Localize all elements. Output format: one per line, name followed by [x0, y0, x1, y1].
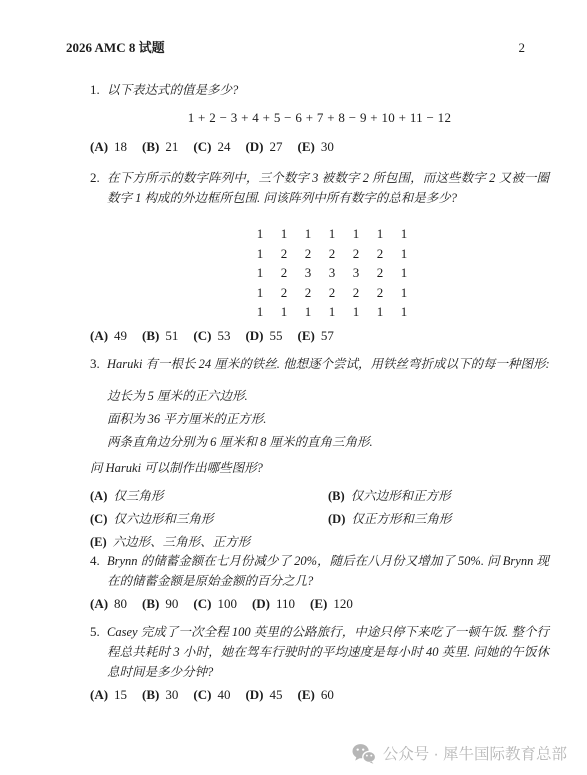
option-a: (A)18: [90, 139, 127, 155]
grid-cell: 2: [272, 283, 296, 303]
grid-cell: 2: [320, 244, 344, 264]
page-header: 2026 AMC 8 试题 2: [66, 37, 525, 56]
options-row: (A)仅三角形 (B)仅六边形和正方形: [90, 485, 549, 508]
grid-cell: 1: [272, 224, 296, 244]
grid-cell: 1: [248, 283, 272, 303]
grid-cell: 1: [248, 244, 272, 264]
question-text: Casey 完成了一次全程 100 英里的公路旅行，中途只停下来吃了一顿午饭. …: [107, 622, 549, 682]
grid-row: 1222221: [248, 283, 549, 303]
grid-cell: 2: [344, 244, 368, 264]
option-c: (C)53: [193, 328, 230, 344]
watermark-text: 公众号 · 犀牛国际教育总部: [383, 742, 567, 764]
sub-item: 两条直角边分别为 6 厘米和 8 厘米的直角三角形.: [107, 431, 549, 454]
option-a: (A)仅三角形: [90, 485, 328, 508]
grid-cell: 2: [296, 244, 320, 264]
grid-cell: 1: [368, 302, 392, 322]
grid-cell: 1: [272, 302, 296, 322]
question-number: 1.: [90, 80, 100, 100]
question-5: 5. Casey 完成了一次全程 100 英里的公路旅行，中途只停下来吃了一顿午…: [90, 622, 549, 703]
option-c: (C)24: [193, 139, 230, 155]
sub-item: 面积为 36 平方厘米的正方形.: [107, 408, 549, 431]
option-b: (B)30: [142, 687, 178, 703]
grid-row: 1233321: [248, 263, 549, 283]
option-d: (D)110: [252, 596, 295, 612]
option-b: (B)51: [142, 328, 178, 344]
question-number: 4.: [90, 551, 100, 571]
grid-cell: 1: [368, 224, 392, 244]
option-c: (C)40: [193, 687, 230, 703]
option-b: (B)仅六边形和正方形: [328, 485, 451, 508]
option-e: (E)120: [310, 596, 353, 612]
grid-cell: 2: [368, 283, 392, 303]
option-e: (E)60: [297, 687, 333, 703]
grid-cell: 1: [248, 263, 272, 283]
option-b: (B)90: [142, 596, 178, 612]
option-d: (D)27: [245, 139, 282, 155]
page-title: 2026 AMC 8 试题: [66, 37, 165, 56]
grid-cell: 1: [392, 244, 416, 264]
option-c: (C)100: [193, 596, 237, 612]
grid-cell: 1: [296, 302, 320, 322]
grid-cell: 2: [368, 263, 392, 283]
grid-row: 1111111: [248, 302, 549, 322]
grid-cell: 1: [392, 302, 416, 322]
question-text: 在下方所示的数字阵列中，三个数字 3 被数字 2 所包围，而这些数字 2 又被一…: [107, 168, 549, 208]
grid-cell: 1: [392, 263, 416, 283]
grid-cell: 3: [344, 263, 368, 283]
options-row: (C)仅六边形和三角形 (D)仅正方形和三角形: [90, 508, 549, 531]
option-b: (B)21: [142, 139, 178, 155]
option-a: (A)49: [90, 328, 127, 344]
grid-cell: 2: [296, 283, 320, 303]
grid-cell: 2: [272, 263, 296, 283]
grid-cell: 1: [248, 224, 272, 244]
option-e: (E)30: [297, 139, 333, 155]
grid-cell: 1: [320, 224, 344, 244]
question-number: 3.: [90, 354, 100, 374]
page-number: 2: [519, 40, 526, 56]
grid-cell: 3: [320, 263, 344, 283]
option-a: (A)80: [90, 596, 127, 612]
question-1: 1. 以下表达式的值是多少? 1 + 2 − 3 + 4 + 5 − 6 + 7…: [90, 80, 549, 155]
question-number: 5.: [90, 622, 100, 642]
options-row: (A)80 (B)90 (C)100 (D)110 (E)120: [90, 596, 549, 612]
options-row: (A)18 (B)21 (C)24 (D)27 (E)30: [90, 139, 549, 155]
option-c: (C)仅六边形和三角形: [90, 508, 328, 531]
sub-item: 边长为 5 厘米的正六边形.: [107, 385, 549, 408]
question-text: Brynn 的储蓄金额在七月份减少了 20%，随后在八月份又增加了 50%. 问…: [107, 551, 549, 591]
math-expression: 1 + 2 − 3 + 4 + 5 − 6 + 7 + 8 − 9 + 10 +…: [90, 110, 549, 126]
grid-row: 1222221: [248, 244, 549, 264]
options-row: (A)49 (B)51 (C)53 (D)55 (E)57: [90, 328, 549, 344]
question-number: 2.: [90, 168, 100, 188]
option-d: (D)45: [245, 687, 282, 703]
grid-cell: 1: [392, 283, 416, 303]
grid-cell: 1: [344, 302, 368, 322]
question-2: 2. 在下方所示的数字阵列中，三个数字 3 被数字 2 所包围，而这些数字 2 …: [90, 168, 549, 344]
option-d: (D)55: [245, 328, 282, 344]
option-d: (D)仅正方形和三角形: [328, 508, 451, 531]
question-4: 4. Brynn 的储蓄金额在七月份减少了 20%，随后在八月份又增加了 50%…: [90, 551, 549, 612]
watermark: 公众号 · 犀牛国际教育总部: [352, 742, 567, 764]
question-text: 以下表达式的值是多少?: [107, 80, 549, 100]
grid-cell: 1: [392, 224, 416, 244]
options-row: (A)15 (B)30 (C)40 (D)45 (E)60: [90, 687, 549, 703]
option-e: (E)57: [297, 328, 333, 344]
grid-cell: 3: [296, 263, 320, 283]
question-line: 问 Haruki 可以制作出哪些图形?: [90, 458, 549, 478]
wechat-icon: [352, 743, 376, 764]
grid-cell: 1: [320, 302, 344, 322]
number-grid: 1111111 1222221 1233321 1222221 1111111: [248, 224, 549, 322]
options-grid: (A)仅三角形 (B)仅六边形和正方形 (C)仅六边形和三角形 (D)仅正方形和…: [90, 485, 549, 554]
grid-row: 1111111: [248, 224, 549, 244]
grid-cell: 1: [344, 224, 368, 244]
shape-list: 边长为 5 厘米的正六边形. 面积为 36 平方厘米的正方形. 两条直角边分别为…: [90, 385, 549, 454]
grid-cell: 2: [320, 283, 344, 303]
grid-cell: 1: [296, 224, 320, 244]
grid-cell: 2: [344, 283, 368, 303]
question-text: Haruki 有一根长 24 厘米的铁丝. 他想逐个尝试，用铁丝弯折成以下的每一…: [107, 354, 549, 374]
grid-cell: 2: [272, 244, 296, 264]
document-page: 2026 AMC 8 试题 2 1. 以下表达式的值是多少? 1 + 2 − 3…: [0, 0, 587, 775]
grid-cell: 2: [368, 244, 392, 264]
grid-cell: 1: [248, 302, 272, 322]
option-a: (A)15: [90, 687, 127, 703]
question-3: 3. Haruki 有一根长 24 厘米的铁丝. 他想逐个尝试，用铁丝弯折成以下…: [90, 354, 549, 554]
